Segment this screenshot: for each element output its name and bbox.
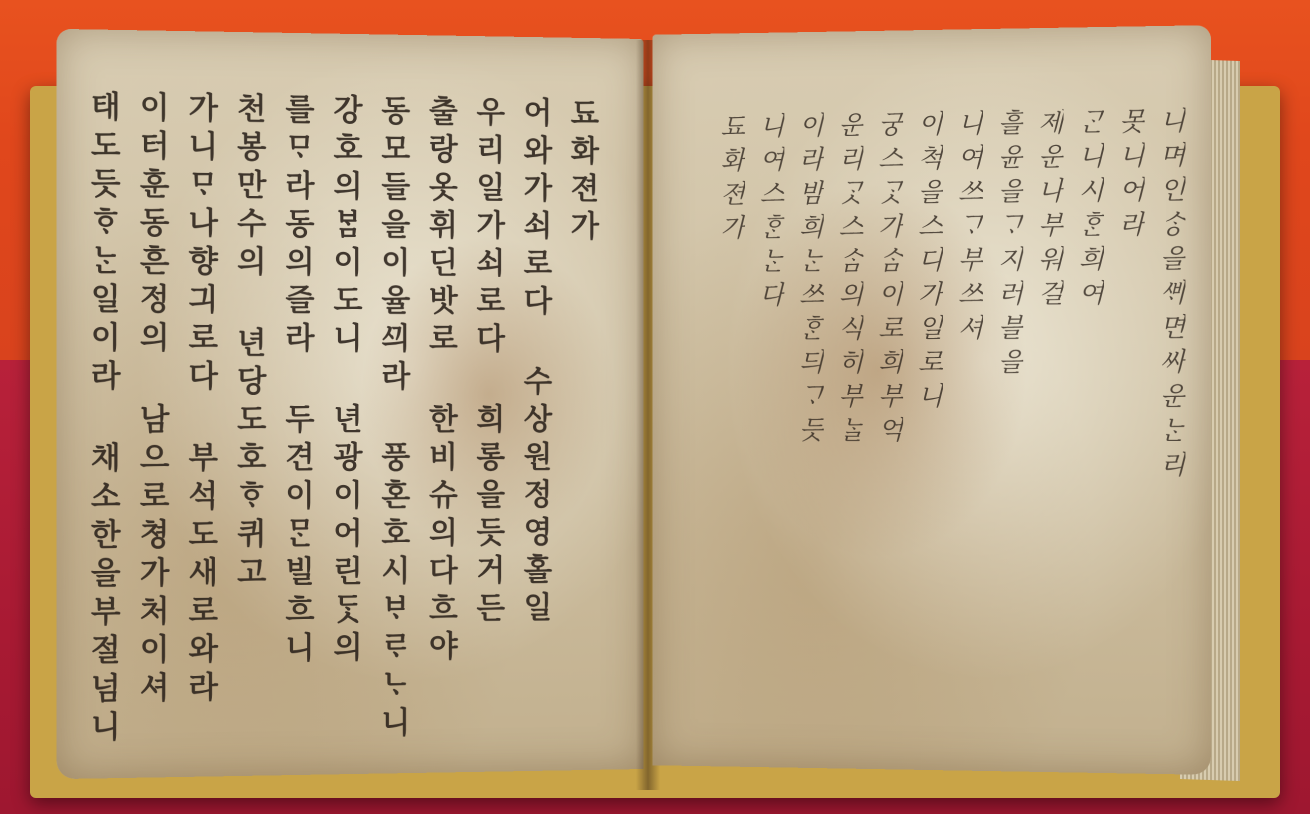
- text-column: 를ᄆᆞ라동의즐라 두견이ᄆᆞᆫ빌흐니: [281, 93, 311, 775]
- text-column: 흘윤을ᄀᆞ지러블을: [995, 109, 1021, 772]
- text-column: 제운나부워걸: [1035, 108, 1061, 772]
- text-column: 못니어라: [1116, 107, 1142, 774]
- text-column: 동모들을이율ᄭᅴ라 풍혼호시ᄇᆞᄅᆞᄂᆞ니: [377, 94, 407, 773]
- text-column: ᄀᆞᆫ니시ᄒᆞᆫ희여: [1076, 108, 1102, 773]
- text-column: 됴화젼가: [718, 113, 743, 767]
- right-page: 니며인ᄉᆞᆼ을ᄲᆡ면싸운ᄂᆞᆫ리 못니어라 ᄀᆞᆫ니시ᄒᆞᆫ희여 제운나부워걸 …: [652, 25, 1211, 775]
- text-column: 이척을스디가일로니: [915, 110, 941, 770]
- text-column: 니여쓰ᄀᆞ부쓰셔: [955, 109, 981, 771]
- text-column: 태도듯ᄒᆞᄂᆞᆫ일이라 채소한을부절넘니: [86, 90, 117, 778]
- text-column: 됴화젼가: [566, 97, 595, 770]
- text-column: 이라밤희ᄂᆞᆫ쓰ᄒᆞᆫ듸ᄀᆞ듯: [796, 111, 822, 768]
- text-column: 이터훈동흔정의 남으로쳥가처이셔: [135, 91, 165, 778]
- text-column: 니며인ᄉᆞᆼ을ᄲᆡ면싸운ᄂᆞᆫ리: [1157, 107, 1184, 775]
- left-page: 됴화젼가 어와가쇠로다 수상원정영홀일 우리일가쇠로다 희롱을듯거든 출랑옷휘딘…: [57, 29, 644, 779]
- text-column: 가니ᄆᆞ나향긔로다 부석도새로와라: [184, 92, 214, 777]
- text-column: 어와가쇠로다 수상원정영홀일: [519, 96, 548, 771]
- text-column: 니여스ᄒᆞᆫᄂᆞᆫ다: [757, 112, 783, 768]
- text-column: 천봉만수의 년당도호ᄒᆞ퀴고: [233, 92, 263, 776]
- text-column: 출랑옷휘딘밧로 한비슈의다흐야: [425, 95, 455, 773]
- text-column: 궁스ᄀᆞᆺ가ᄉᆞᆷ이로희부억: [875, 110, 901, 769]
- text-column: 우리일가쇠로다 희롱을듯거든: [472, 96, 502, 772]
- text-column: 운리ᄀᆞᆺ스ᄉᆞᆷ의식히부ᄂᆞᆯ: [836, 111, 862, 769]
- text-column: 강호의ᄇᆞᆷ이도니 년광이어린ᄃᆞᆺ의: [329, 94, 359, 775]
